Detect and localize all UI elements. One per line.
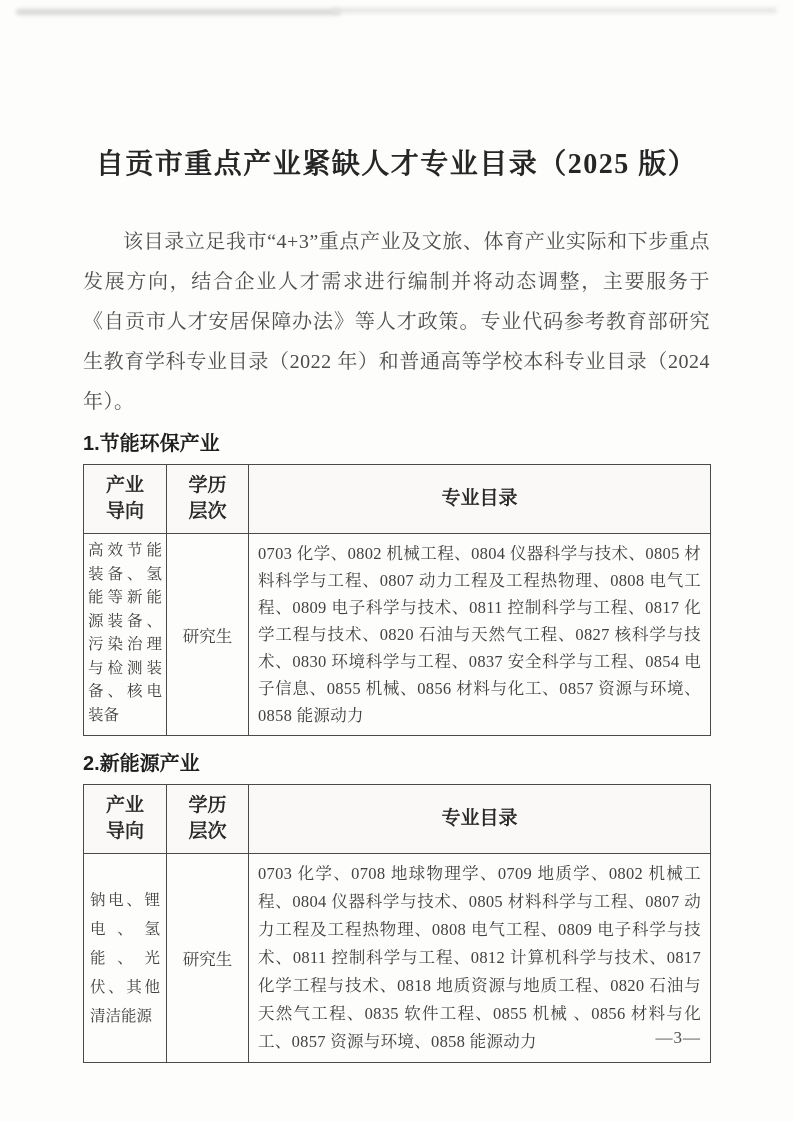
table-header-row: 产业导向 学历层次 专业目录 [84,465,711,534]
majors-catalog-cell: 0703 化学、0802 机械工程、0804 仪器科学与技术、0805 材料科学… [249,534,711,736]
col-header-level-label: 学历层次 [186,473,230,525]
document-content: 自贡市重点产业紧缺人才专业目录（2025 版） 该目录立足我市“4+3”重点产业… [83,0,710,1063]
col-header-level: 学历层次 [167,785,249,854]
col-header-industry: 产业导向 [84,785,167,854]
table-row: 钠电、锂电、氢能、光伏、其他清洁能源 研究生 0703 化学、0708 地球物理… [84,854,711,1063]
col-header-level: 学历层次 [167,465,249,534]
col-header-majors-label: 专业目录 [441,488,517,509]
document-title: 自贡市重点产业紧缺人才专业目录（2025 版） [83,148,710,182]
section-2-table: 产业导向 学历层次 专业目录 钠电、锂电、氢能、光伏、其他清洁能源 研究生 [83,784,711,1063]
intro-paragraph: 该目录立足我市“4+3”重点产业及文旅、体育产业实际和下步重点发展方向，结合企业… [83,222,710,422]
table-row: 高效节能装备、氢能等新能源装备、污染治理与检测装备、核电装备 研究生 0703 … [84,534,711,736]
section-1-heading: 1.节能环保产业 [83,430,710,458]
col-header-majors-label: 专业目录 [441,808,517,829]
col-header-industry-label: 产业导向 [103,473,147,525]
section-2-heading: 2.新能源产业 [83,750,710,778]
section-1-table: 产业导向 学历层次 专业目录 高效节能装备、氢能等新能源装备、污染治理与检测装备… [83,464,711,736]
document-page: 自贡市重点产业紧缺人才专业目录（2025 版） 该目录立足我市“4+3”重点产业… [0,0,793,1122]
table-header-row: 产业导向 学历层次 专业目录 [84,785,711,854]
col-header-industry-label: 产业导向 [103,793,147,845]
col-header-level-label: 学历层次 [186,793,230,845]
page-number: —3— [656,1028,702,1048]
industry-cell: 高效节能装备、氢能等新能源装备、污染治理与检测装备、核电装备 [84,534,167,736]
col-header-majors: 专业目录 [249,785,711,854]
section-energy-saving-industry: 1.节能环保产业 产业导向 学历层次 专业目录 [83,430,710,736]
education-level-cell: 研究生 [167,534,249,736]
industry-cell: 钠电、锂电、氢能、光伏、其他清洁能源 [84,854,167,1063]
education-level-cell: 研究生 [167,854,249,1063]
section-new-energy-industry: 2.新能源产业 产业导向 学历层次 专业目录 [83,750,710,1063]
majors-catalog-cell: 0703 化学、0708 地球物理学、0709 地质学、0802 机械工程、08… [249,854,711,1063]
col-header-majors: 专业目录 [249,465,711,534]
col-header-industry: 产业导向 [84,465,167,534]
